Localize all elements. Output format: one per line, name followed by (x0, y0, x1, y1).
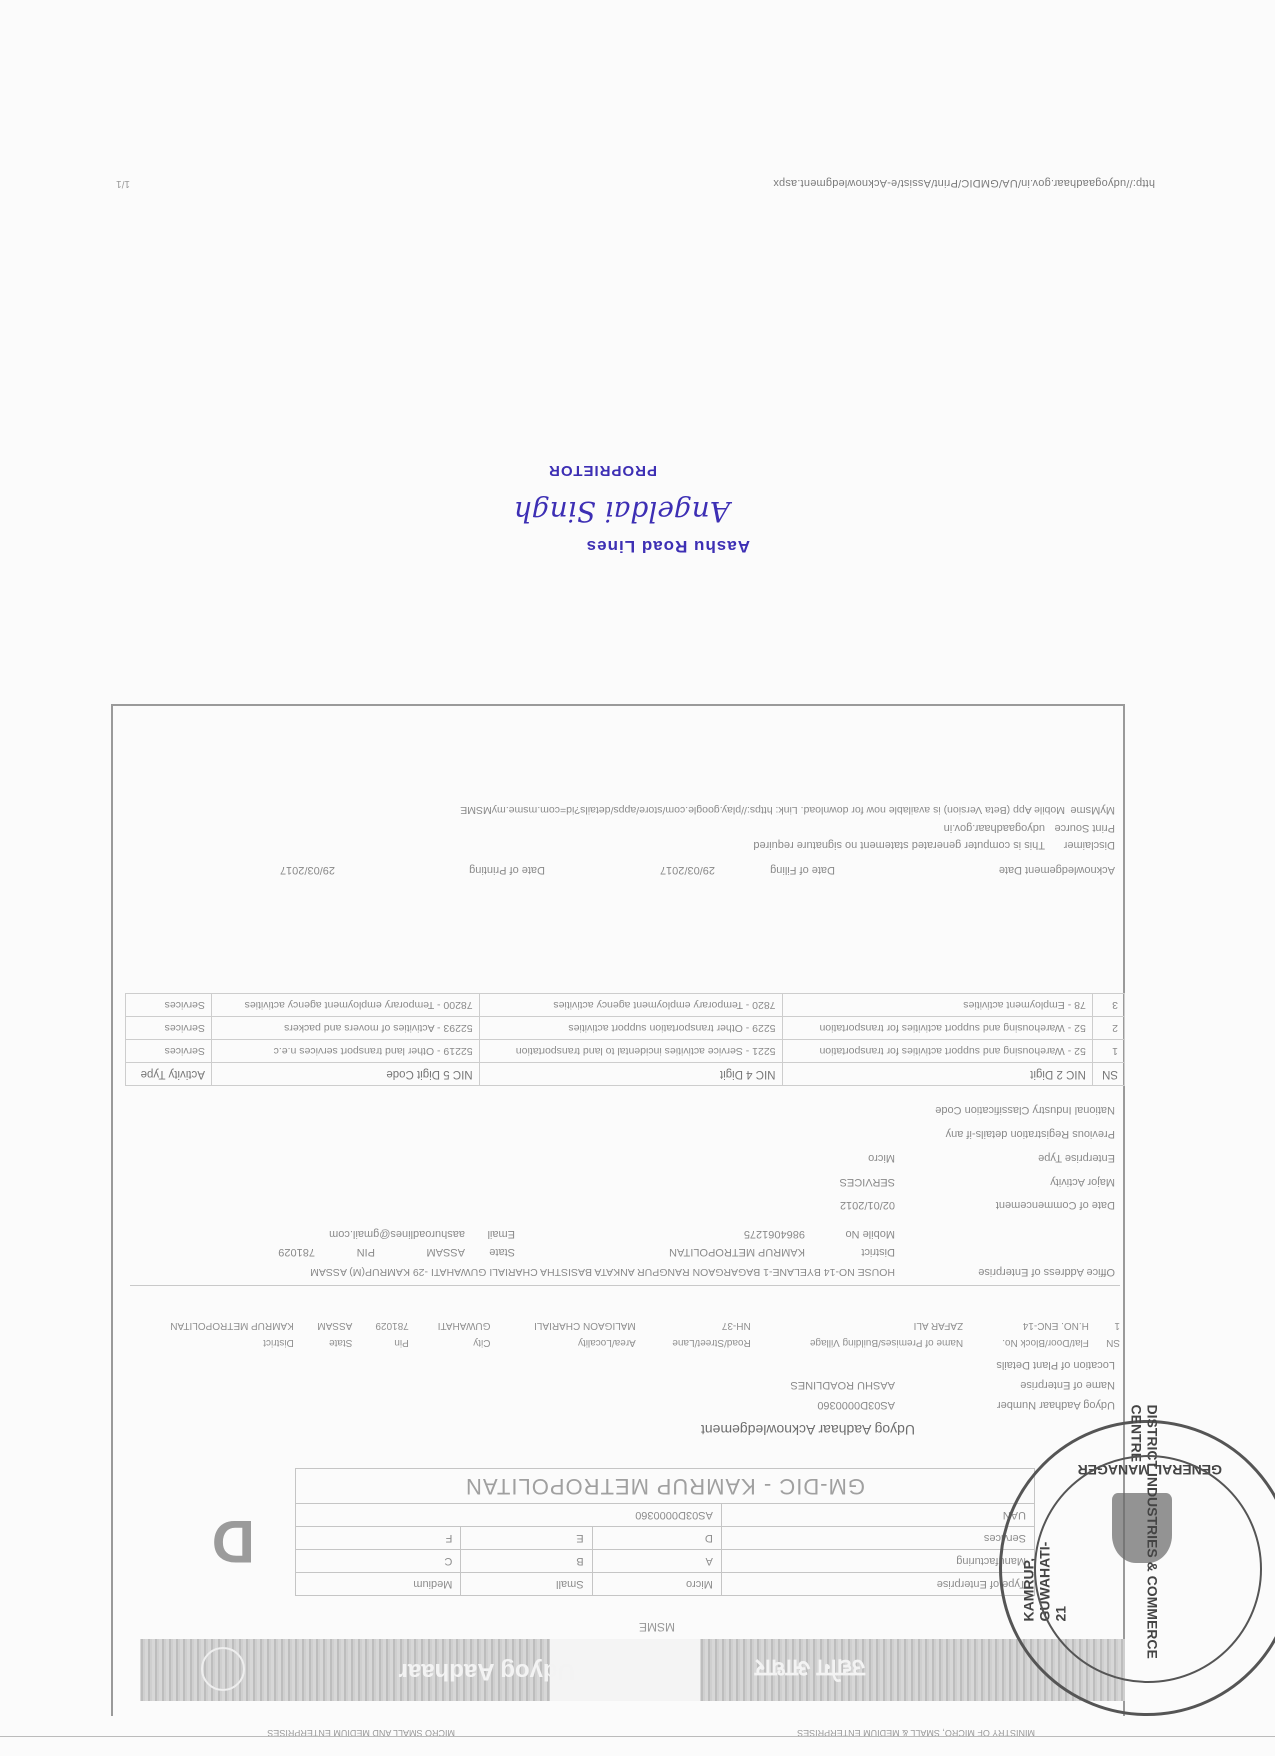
cell: 52293 - Activities of movers and packers (211, 1017, 479, 1040)
header-cell: SN (1094, 1334, 1125, 1351)
cell: ZAFAR ALI (756, 1317, 968, 1334)
cell: 1 (1092, 1040, 1124, 1063)
cell: ASSAM (299, 1317, 358, 1334)
banner-subtitle: MSME (639, 1620, 675, 1634)
signature-role: PROPRIETOR (548, 462, 657, 479)
ministry-header: MINISTRY OF MICRO, SMALL & MEDIUM ENTERP… (135, 1706, 1175, 1746)
cell: 3 (1092, 994, 1124, 1017)
cell: Services (126, 994, 212, 1017)
category-cell: B (461, 1550, 592, 1573)
uan-label: Udyog Aadhaar Number (997, 1399, 1115, 1411)
page-title: Udyog Aadhaar Acknowledgement (701, 1422, 915, 1438)
name-label: Name of Enterprise (1020, 1379, 1115, 1391)
header-cell: Flat/Door/Block No. (968, 1334, 1094, 1351)
emblem-icon (201, 1647, 245, 1691)
category-cell: Small (461, 1573, 592, 1596)
ack-date-label: Acknowledgement Date (999, 864, 1115, 876)
header-cell: Pin (357, 1334, 413, 1351)
name-value: AASHU ROADLINES (790, 1379, 895, 1391)
mobile-value: 9864061275 (744, 1228, 805, 1240)
mobile-label: Mobile No (845, 1228, 895, 1240)
divider (130, 1285, 1120, 1286)
table-row: UAN AS03D0000360 (296, 1504, 1035, 1527)
office-value: HOUSE NO-14 BYELANE-1 BAGARGAON RANGPUR … (310, 1266, 895, 1278)
header-cell: Activity Type (126, 1063, 212, 1086)
seal-figure-icon (1112, 1493, 1172, 1563)
table-row: 1 H.NO. ENC-14 ZAFAR ALI NH-37 MALIGAON … (125, 1317, 1125, 1334)
cell: NH-37 (641, 1317, 756, 1334)
date-filing-value: 29/03/2017 (660, 864, 715, 876)
cell: 78200 - Temporary employment agency acti… (211, 994, 479, 1017)
print-source-value: udyogaadhaar.gov.in (944, 822, 1045, 834)
cell: MALIGAON CHARIALI (495, 1317, 640, 1334)
category-cell: C (296, 1550, 461, 1573)
category-cell: F (296, 1527, 461, 1550)
category-cell: Micro (592, 1573, 721, 1596)
table-row: GM-DIC - KAMRUP METROPOLITAN (296, 1469, 1035, 1504)
category-label: Type of Enterprise (721, 1573, 1034, 1596)
category-cell: D (592, 1527, 721, 1550)
enterprise-type-value: Micro (868, 1152, 895, 1164)
cell: 781029 (357, 1317, 413, 1334)
commencement-label: Date of Commencement (996, 1199, 1115, 1211)
table-header-row: SN NIC 2 Digit NIC 4 Digit NIC 5 Digit C… (126, 1063, 1125, 1086)
header-cell: City (414, 1334, 496, 1351)
print-url: http://udyogaadhaar.gov.in/UA/GMDIC/Prin… (773, 177, 1155, 189)
udyog-aadhaar-banner: उद्योग आधार Udyog Aadhaar (140, 1639, 1125, 1701)
uan-value: AS03D0000360 (817, 1399, 895, 1411)
mymsme-link[interactable]: Mobile App (Beta Version) is available n… (460, 804, 1065, 816)
cell: 52219 - Other land transport services n.… (211, 1040, 479, 1063)
mymsme-label: MyMsme (1070, 804, 1115, 816)
cell: 2 (1092, 1017, 1124, 1040)
cell: Services (126, 1040, 212, 1063)
header-cell: NIC 5 Digit Code (211, 1063, 479, 1086)
plant-address-table: SN Flat/Door/Block No. Name of Premises/… (125, 1317, 1125, 1351)
commencement-value: 02/01/2012 (840, 1199, 895, 1211)
cell: 52 - Warehousing and support activities … (782, 1017, 1092, 1040)
prev-reg-label: Previous Registration details-if any (946, 1128, 1115, 1140)
header-cell: State (299, 1334, 358, 1351)
header-cell: Road/Street/Lane (641, 1334, 756, 1351)
handwritten-signature: Angeldai Singh (514, 495, 730, 528)
date-printing-label: Date of Printing (469, 864, 545, 876)
category-label: Services (721, 1527, 1034, 1550)
cell: 5229 - Other transportation support acti… (479, 1017, 782, 1040)
header-cell: Area/Locality (495, 1334, 640, 1351)
stamp-text-top: GENERAL MANAGER (1078, 1462, 1222, 1478)
category-label: Manufacturing (721, 1550, 1034, 1573)
stamp-text-right: KAMRUP, GUWAHATI-21 (1021, 1537, 1069, 1622)
enterprise-type-label: Enterprise Type (1038, 1152, 1115, 1164)
uan-cell: AS03D0000360 (296, 1504, 722, 1527)
major-activity-label: Major Activity (1050, 1176, 1115, 1188)
district-label: District (861, 1246, 895, 1258)
pin-label: PIN (357, 1246, 375, 1258)
header-cell: NIC 4 Digit (479, 1063, 782, 1086)
cell: Services (126, 1017, 212, 1040)
category-cell: Medium (296, 1573, 461, 1596)
table-row: Services D E F (296, 1527, 1035, 1550)
cell: H.NO. ENC-14 (968, 1317, 1094, 1334)
date-printing-value: 29/03/2017 (280, 864, 335, 876)
email-label: Email (487, 1228, 515, 1240)
cell: 5221 - Service activities incidental to … (479, 1040, 782, 1063)
enterprise-category-table: Type of Enterprise Micro Small Medium Ma… (295, 1468, 1035, 1596)
state-value: ASSAM (426, 1246, 465, 1258)
scanned-page-rotated: http://udyogaadhaar.gov.in/UA/GMDIC/Prin… (0, 0, 1275, 1756)
category-cell: A (592, 1550, 721, 1573)
header-cell: Name of Premises/Building Village (756, 1334, 968, 1351)
signature-firm-name: Aashu Road Lines (586, 536, 750, 556)
table-row: SN Flat/Door/Block No. Name of Premises/… (125, 1334, 1125, 1351)
district-value: KAMRUP METROPOLITAN (669, 1246, 805, 1258)
header-cell: NIC 2 Digit (782, 1063, 1092, 1086)
official-seal-stamp: GENERAL MANAGER KAMRUP, GUWAHATI-21 DIST… (999, 1420, 1275, 1716)
banner-hindi-title: उद्योग आधार (755, 1652, 865, 1685)
cell: KAMRUP METROPOLITAN (125, 1317, 299, 1334)
cell: 1 (1094, 1317, 1125, 1334)
state-label: State (489, 1246, 515, 1258)
major-activity-value: SERVICES (840, 1176, 895, 1188)
cell: 52 - Warehousing and support activities … (782, 1040, 1092, 1063)
table-row: 2 52 - Warehousing and support activitie… (126, 1017, 1125, 1040)
header-cell: SN (1092, 1063, 1124, 1086)
table-row: Manufacturing A B C (296, 1550, 1035, 1573)
dic-name-cell: GM-DIC - KAMRUP METROPOLITAN (296, 1469, 1035, 1504)
page-number: 1/1 (116, 178, 130, 189)
location-label: Location of Plant Details (996, 1359, 1115, 1371)
date-filing-label: Date of Filing (770, 864, 835, 876)
category-letter: D (212, 1507, 255, 1576)
print-source-label: Print Source (1054, 822, 1115, 834)
stamp-text-left: DISTRICT INDUSTRIES & COMMERCE CENTRE (1129, 1405, 1161, 1690)
nic-table: SN NIC 2 Digit NIC 4 Digit NIC 5 Digit C… (125, 993, 1125, 1086)
scan-edge-line (0, 1736, 1275, 1737)
header-cell: District (125, 1334, 299, 1351)
office-label: Office Address of Enterprise (978, 1266, 1115, 1278)
cell: GUWAHATI (414, 1317, 496, 1334)
disclaimer-label: Disclaimer (1064, 839, 1115, 851)
nic-label: National Industry Classification Code (935, 1104, 1115, 1116)
banner-english-title: Udyog Aadhaar (399, 1657, 575, 1685)
pin-value: 781029 (278, 1246, 315, 1258)
email-value: aashuroadlines@gmail.com (329, 1228, 465, 1240)
cell: 78 - Employment activities (782, 994, 1092, 1017)
table-row: 3 78 - Employment activities 7820 - Temp… (126, 994, 1125, 1017)
cell: 7820 - Temporary employment agency activ… (479, 994, 782, 1017)
table-row: Type of Enterprise Micro Small Medium (296, 1573, 1035, 1596)
disclaimer-value: This is computer generated statement no … (753, 839, 1045, 851)
category-label: UAN (721, 1504, 1034, 1527)
table-row: 1 52 - Warehousing and support activitie… (126, 1040, 1125, 1063)
category-cell: E (461, 1527, 592, 1550)
